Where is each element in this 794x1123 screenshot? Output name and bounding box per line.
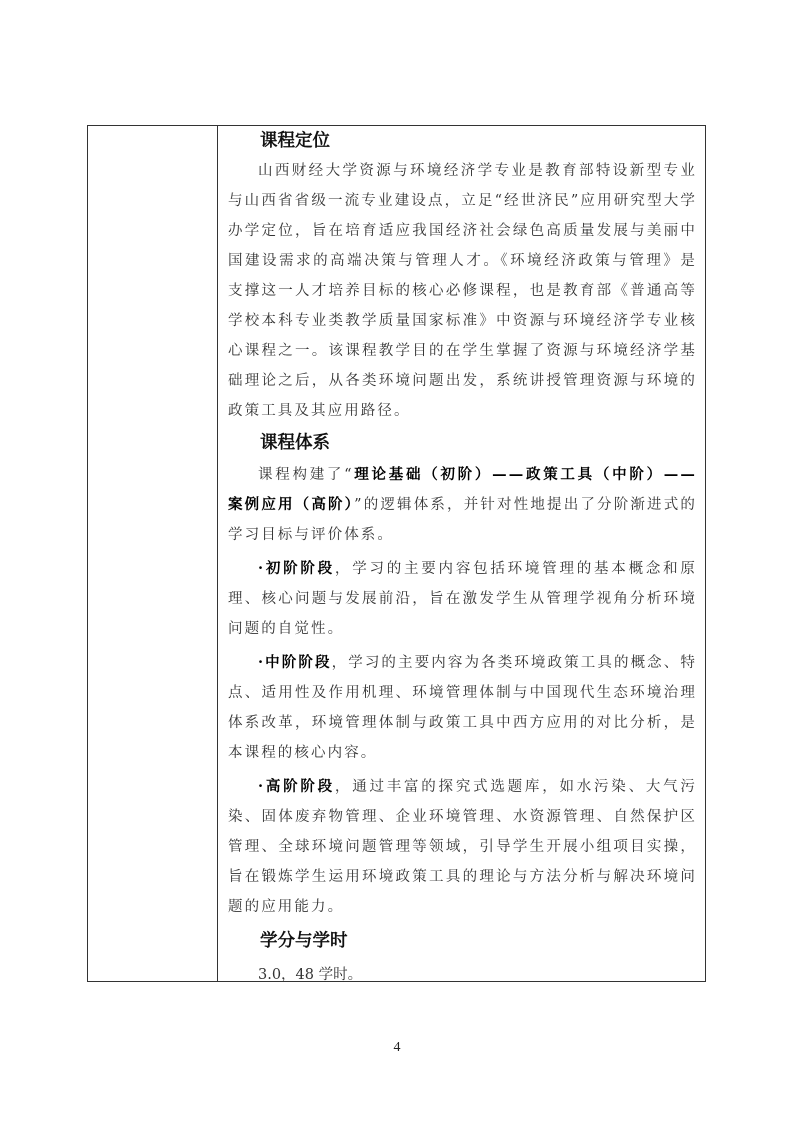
section-heading-credits: 学分与学时 <box>228 926 697 956</box>
stage-text: ，通过丰富的探究式选题库，如水污染、大气污染、固体废弃物管理、企业环境管理、水资… <box>228 779 697 915</box>
stage-title: 初阶阶段 <box>265 560 335 577</box>
section-heading-positioning: 课程定位 <box>228 126 697 156</box>
stage-intermediate: ·中阶阶段，学习的主要内容为各类环境政策工具的概念、特点、适用性及作用机理、环境… <box>228 648 697 768</box>
credits-hours-text: 3.0，48 学时。 <box>228 960 697 990</box>
stage-beginner: ·初阶阶段，学习的主要内容包括环境管理的基本概念和原理、核心问题与发展前沿，旨在… <box>228 554 697 644</box>
system-intro-paragraph: 课程构建了“理论基础（初阶）——政策工具（中阶）——案例应用（高阶）”的逻辑体系… <box>228 460 697 550</box>
content-cell: 课程定位 山西财经大学资源与环境经济学专业是教育部特设新型专业与山西省省级一流专… <box>218 126 705 981</box>
positioning-paragraph: 山西财经大学资源与环境经济学专业是教育部特设新型专业与山西省省级一流专业建设点，… <box>228 156 697 426</box>
intro-prefix: 课程构建了“ <box>258 467 354 483</box>
section-heading-system: 课程体系 <box>228 428 697 458</box>
page-number: 4 <box>0 1040 794 1056</box>
course-info-table: 课程定位 山西财经大学资源与环境经济学专业是教育部特设新型专业与山西省省级一流专… <box>87 125 706 982</box>
label-cell <box>88 126 218 981</box>
stage-advanced: ·高阶阶段，通过丰富的探究式选题库，如水污染、大气污染、固体废弃物管理、企业环境… <box>228 772 697 922</box>
stage-title: 中阶阶段 <box>265 654 331 671</box>
stage-title: 高阶阶段 <box>265 778 335 795</box>
